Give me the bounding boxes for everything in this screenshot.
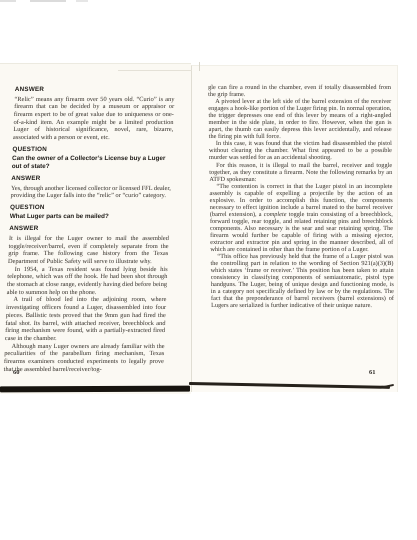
paragraph: Yes, through another licensed collector …	[10, 185, 171, 200]
paragraph: In this case, it was found that the vict…	[209, 140, 392, 161]
scan-smudge	[30, 0, 66, 2]
question-text: Can the owner of a Collector’s License b…	[12, 155, 173, 171]
section-heading: ANSWER	[15, 86, 175, 94]
section-heading: ANSWER	[9, 225, 169, 233]
paragraph: “Relic” means any firearm over 50 years …	[13, 96, 175, 142]
paragraph: A trail of blood led into the adjoining …	[5, 296, 167, 342]
paragraph: “The contention is correct in that the L…	[209, 183, 393, 253]
question-text: What Luger parts can be mailed?	[10, 213, 170, 221]
paragraph: A pivoted lever at the left side of the …	[208, 98, 392, 140]
section-heading: QUESTION	[12, 146, 172, 154]
page-number-right: 61	[369, 369, 376, 376]
paragraph: Although many Luger owners are already f…	[3, 343, 164, 374]
page-top-edge	[118, 70, 192, 71]
paragraph: For this reason, it is illegal to mail t…	[209, 162, 392, 183]
section-heading: ANSWER	[11, 175, 171, 183]
scan-smudge	[0, 0, 16, 2]
scan-smudge	[76, 0, 88, 2]
right-page-text: gle can fire a round in the chamber, eve…	[208, 84, 394, 310]
spine-edge	[199, 62, 200, 71]
paragraph: It is illegal for the Luger owner to mai…	[8, 235, 169, 266]
page-number-left: 60	[13, 369, 20, 376]
book-scan: { "colors": { "page_bg": "#fbf9f3", "bac…	[0, 0, 417, 540]
section-heading: QUESTION	[10, 204, 170, 212]
paragraph: In 1954, a Texas resident was found lyin…	[7, 266, 168, 297]
emphasized-word: complete	[262, 211, 289, 218]
paragraph: “This office has previously held that th…	[210, 253, 394, 309]
paragraph: gle can fire a round in the chamber, eve…	[208, 84, 391, 98]
book-bottom-edge-left	[0, 386, 190, 393]
left-page-text: ANSWER“Relic” means any firearm over 50 …	[3, 86, 175, 374]
